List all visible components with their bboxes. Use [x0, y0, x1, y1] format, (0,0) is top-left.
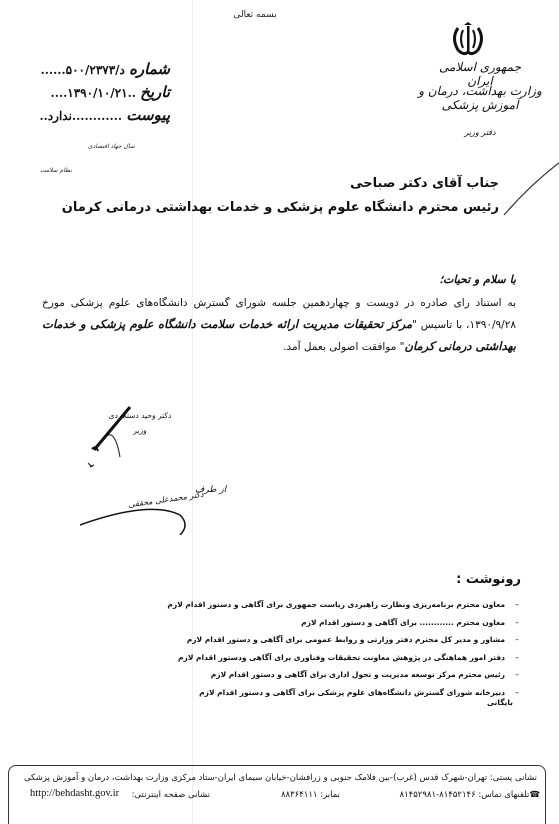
- cc-item: –دفتر امور هماهنگی در پژوهش معاونت تحقیق…: [129, 649, 529, 667]
- cc-item: –معاون محترم برنامه‌ریزی ونظارت راهبردی …: [129, 596, 529, 614]
- year-slogan-note: سال جهاد اقتصادی: [88, 143, 135, 150]
- bullet-dash: –: [505, 596, 529, 614]
- footer-website-label: نشانی صفحه اینترنتی:: [132, 790, 210, 800]
- footer-fax: نمابر: ۸۸۳۶۴۱۱۱: [281, 790, 340, 800]
- telephone-icon: ☎: [529, 790, 540, 800]
- footer-phones: ☎تلفنهای تماس: ۸۱۴۵۲۱۴۶-۸۱۴۵۲۹۸۱: [400, 790, 540, 800]
- website-link[interactable]: http://behdasht.gov.ir: [30, 788, 119, 799]
- letter-attachment-value: ............ندارد..: [39, 109, 122, 123]
- letter-number-value: د/۵۰۰/۲۳۷۳......: [41, 63, 125, 77]
- health-system-note: نظام سلامت: [40, 167, 72, 174]
- letter-number-row: شماره د/۵۰۰/۲۳۷۳......: [40, 60, 170, 78]
- cc-item: –دبیرخانه شورای گسترش دانشگاه‌های علوم پ…: [129, 684, 529, 702]
- body-text-part2: " موافقت اصولی بعمل آمد.: [283, 341, 404, 353]
- bullet-dash: –: [505, 631, 529, 649]
- bismillah-heading: بسمه تعالی: [200, 10, 310, 20]
- pen-stroke-mark: [500, 160, 559, 220]
- letter-attachment-row: پیوست ............ندارد..: [40, 106, 170, 124]
- footer-address: نشانی پستی: تهران-شهرک قدس (غرب)-بین فلا…: [17, 773, 537, 783]
- bullet-dash: –: [505, 614, 529, 632]
- ministry-name: وزارت بهداشت، درمان و آموزش پزشکی: [405, 84, 555, 112]
- minister-signature: [80, 405, 190, 535]
- letter-date-value: ..۱۳۹۰/۱۰/۲۱....: [51, 86, 136, 100]
- cc-item: –مشاور و مدیر کل محترم دفتر وزارتی و روا…: [129, 631, 529, 649]
- letter-date-label: تاریخ: [140, 83, 170, 101]
- signer-name: دکتر وحید دستجردی: [95, 411, 185, 420]
- office-name: دفتر وزیر: [440, 128, 520, 137]
- iran-emblem-icon: [448, 22, 488, 58]
- letter-body: به استناد رای صادره در دویست و چهاردهمین…: [42, 293, 516, 358]
- archive-label: بایگانی: [487, 698, 513, 707]
- signer-title: وزیر: [120, 426, 160, 435]
- letter-date-row: تاریخ ..۱۳۹۰/۱۰/۲۱....: [40, 83, 170, 101]
- cc-item: –رئیس محترم مرکز توسعه مدیریت و تحول ادا…: [129, 666, 529, 684]
- recipient-title: رئیس محترم دانشگاه علوم پزشکی و خدمات به…: [62, 200, 499, 215]
- letter-number-label: شماره: [129, 60, 170, 78]
- greeting: با سلام و تحیات؛: [440, 273, 517, 286]
- recipient-name: جناب آقای دکتر صباحی: [350, 176, 499, 191]
- bullet-dash: –: [505, 649, 529, 667]
- cc-title: رونوشت :: [456, 572, 521, 587]
- letter-attachment-label: پیوست: [126, 106, 170, 124]
- cc-list: –معاون محترم برنامه‌ریزی ونظارت راهبردی …: [129, 596, 529, 701]
- cc-item: –معاون محترم ............ برای آگاهی و د…: [129, 614, 529, 632]
- bullet-dash: –: [505, 666, 529, 684]
